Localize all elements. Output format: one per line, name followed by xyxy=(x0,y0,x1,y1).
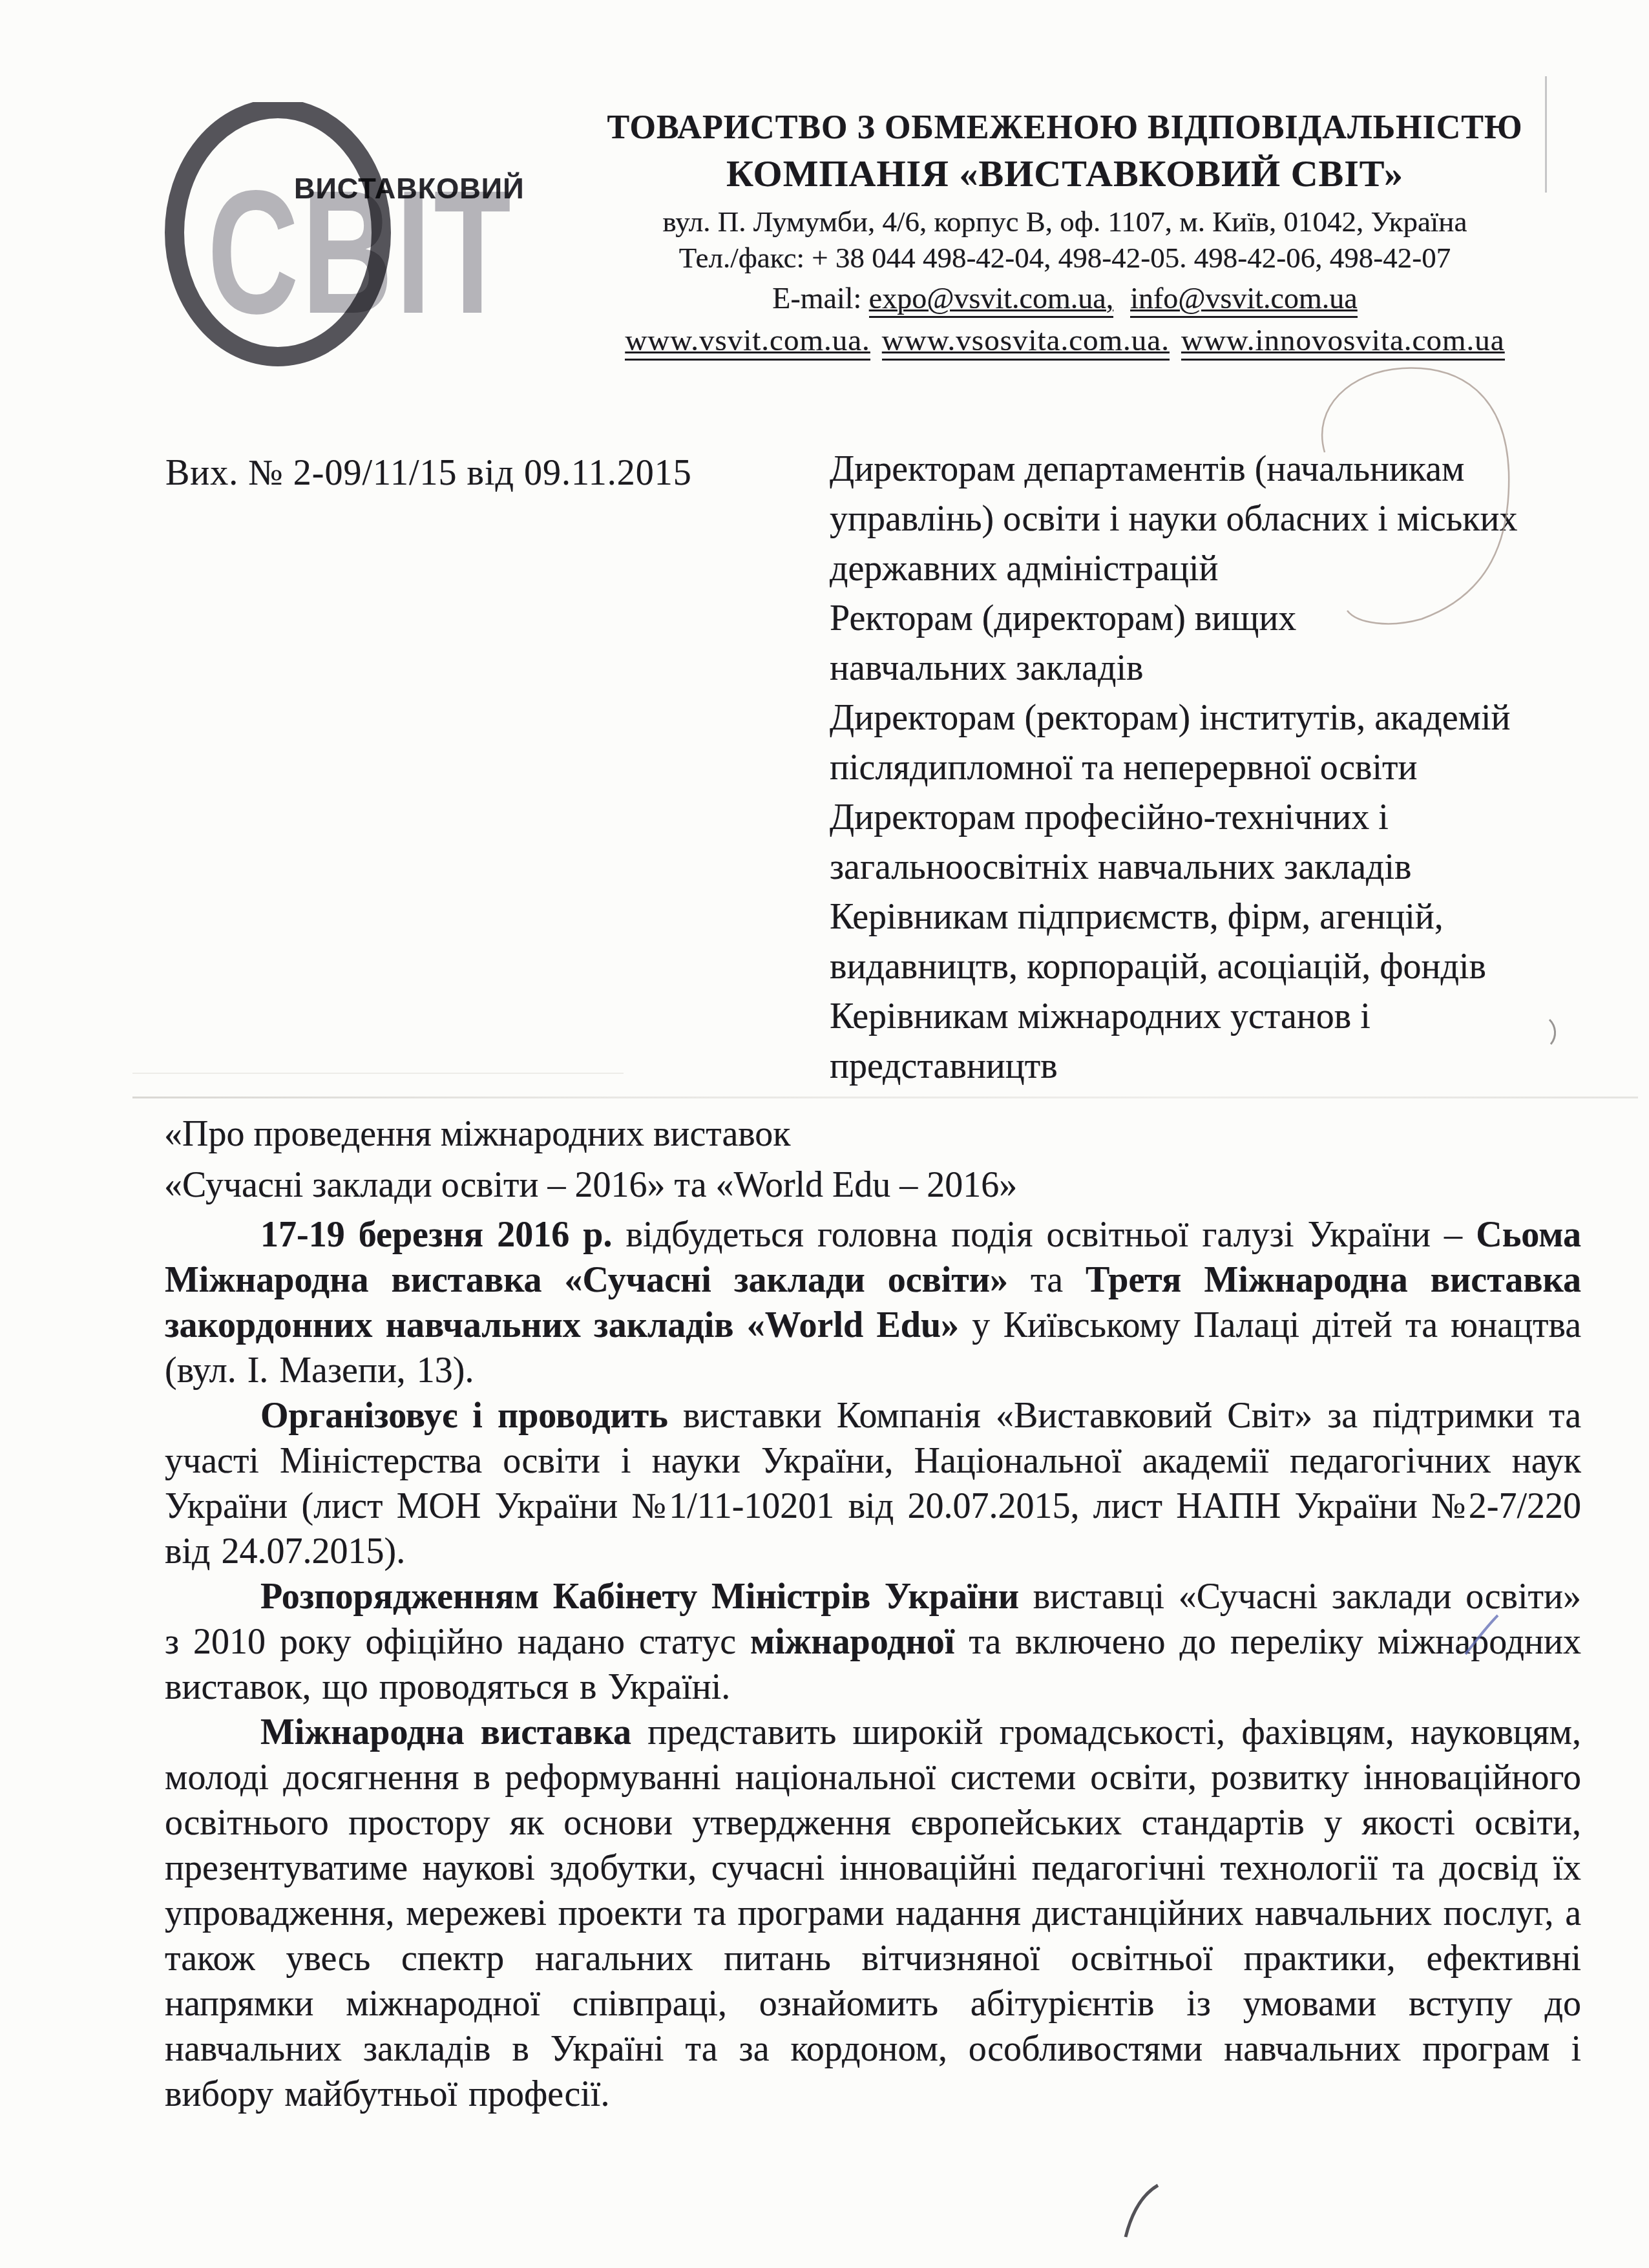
subject-line-2: «Сучасні заклади освіти – 2016» та «Worl… xyxy=(164,1160,1263,1211)
subject-block: «Про проведення міжнародних виставок «Су… xyxy=(164,1109,1263,1211)
recipient-line: управлінь) освіти і науки обласних і міс… xyxy=(830,494,1618,544)
recipient-line: загальноосвітніх навчальних закладів xyxy=(830,843,1618,892)
company-phone: Тел./факс: + 38 044 498-42-04, 498-42-05… xyxy=(561,240,1569,275)
recipient-line: Керівникам підприємств, фірм, агенцій, xyxy=(830,892,1618,942)
bottom-mark-artifact xyxy=(1126,2185,1158,2237)
website-link-vsvit: www.vsvit.com.ua. xyxy=(625,324,870,361)
scan-crease-line-2 xyxy=(132,1073,624,1074)
company-name-line: КОМПАНІЯ «ВИСТАВКОВИЙ СВІТ» xyxy=(561,153,1569,195)
paragraph-dates-event: 17-19 березня 2016 р. відбудеться головн… xyxy=(165,1212,1581,1393)
recipient-line: Ректорам (директорам) вищих xyxy=(830,594,1618,644)
company-logo: СВІТ ВИСТАВКОВИЙ xyxy=(165,102,565,432)
recipient-line: видавництв, корпорацій, асоціацій, фонді… xyxy=(830,942,1618,992)
recipient-line: післядипломної та неперервної освіти xyxy=(830,743,1618,793)
scanned-letter-page: СВІТ ВИСТАВКОВИЙ ТОВАРИСТВО З ОБМЕЖЕНОЮ … xyxy=(0,0,1649,2268)
recipient-line: Директорам (ректорам) інститутів, академ… xyxy=(830,693,1618,743)
email-link-expo: expo@vsvit.com.ua, xyxy=(869,282,1113,318)
company-type-line: ТОВАРИСТВО З ОБМЕЖЕНОЮ ВІДПОВІДАЛЬНІСТЮ xyxy=(561,109,1569,147)
paragraph-organizer: Організовує і проводить виставки Компані… xyxy=(165,1393,1581,1574)
logo-wordmark-vystavkovyi: ВИСТАВКОВИЙ xyxy=(294,172,525,205)
letter-body: 17-19 березня 2016 р. відбудеться головн… xyxy=(165,1212,1581,2117)
letterhead: ТОВАРИСТВО З ОБМЕЖЕНОЮ ВІДПОВІДАЛЬНІСТЮ … xyxy=(561,109,1569,359)
website-link-innovosvita: www.innovosvita.com.ua xyxy=(1181,324,1505,361)
company-email-line: E-mail: expo@vsvit.com.ua,info@vsvit.com… xyxy=(561,280,1569,316)
recipient-line: державних адміністрацій xyxy=(830,544,1618,594)
website-link-vsosvita: www.vsosvita.com.ua. xyxy=(882,324,1170,361)
email-link-info: info@vsvit.com.ua xyxy=(1130,282,1358,318)
scan-crease-line xyxy=(132,1097,1638,1098)
company-websites-line: www.vsvit.com.ua.www.vsosvita.com.ua.www… xyxy=(561,322,1569,359)
recipient-line: Керівникам міжнародних установ і xyxy=(830,992,1618,1042)
company-address: вул. П. Лумумби, 4/6, корпус В, оф. 1107… xyxy=(561,204,1569,239)
subject-line-1: «Про проведення міжнародних виставок xyxy=(164,1109,1263,1160)
recipient-line: представництв xyxy=(830,1042,1618,1091)
recipient-line: навчальних закладів xyxy=(830,644,1618,693)
recipients-block: Директорам департаментів (начальникам уп… xyxy=(830,445,1618,1091)
recipient-line: Директорам департаментів (начальникам xyxy=(830,445,1618,494)
email-label: E-mail: xyxy=(772,282,861,315)
paragraph-status: Розпорядженням Кабінету Міністрів Україн… xyxy=(165,1574,1581,1710)
recipient-line: Директорам професійно-технічних і xyxy=(830,793,1618,843)
reference-number: Вих. № 2-09/11/15 від 09.11.2015 xyxy=(165,452,692,494)
paragraph-exhibition-content: Міжнародна виставка представить широкій … xyxy=(165,1710,1581,2117)
